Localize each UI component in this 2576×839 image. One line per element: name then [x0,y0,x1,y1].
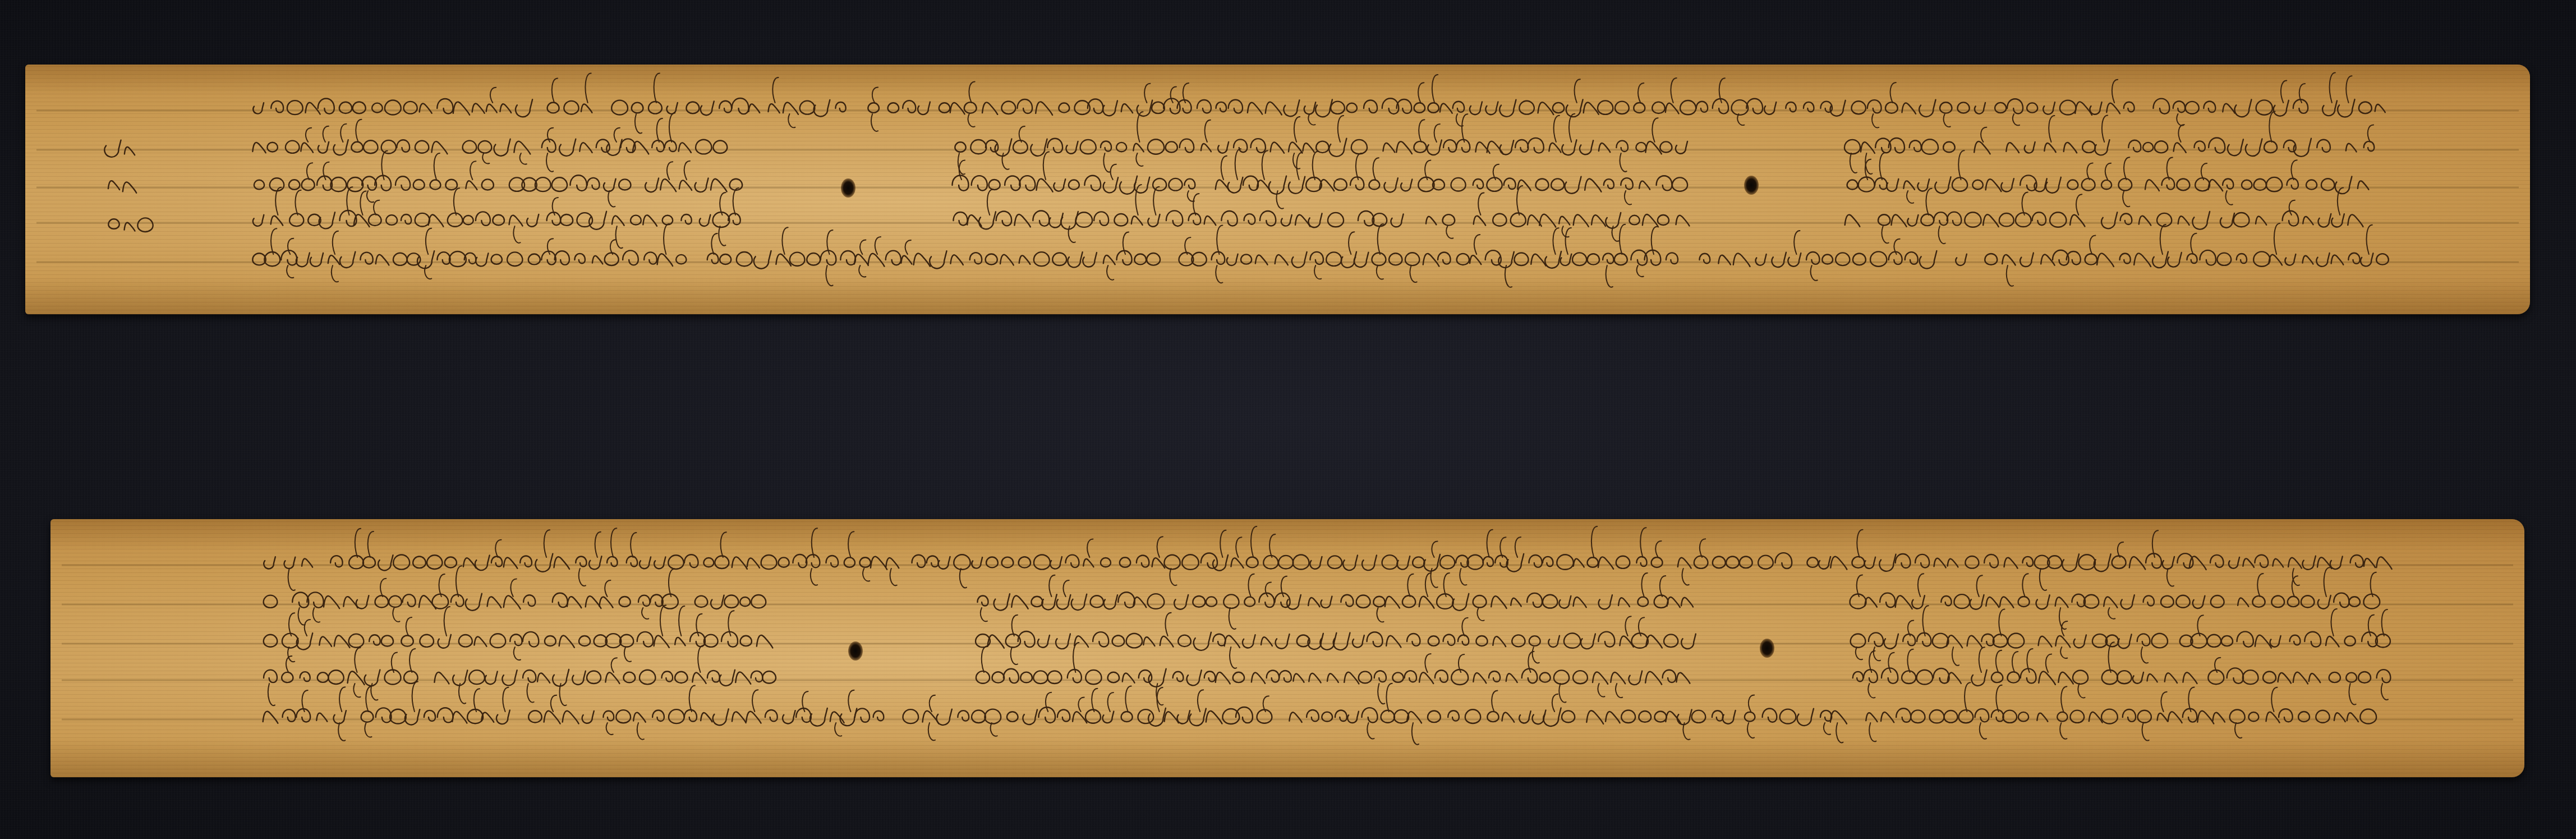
script-text-layer [25,65,2530,314]
script-text-segment [264,606,773,662]
script-text-segment [976,613,1696,668]
script-text-segment [955,112,1687,174]
script-text-segment [264,566,766,625]
script-text-segment [1847,150,2369,207]
string-hole [841,178,855,198]
palm-leaf-folio-lower: Lower folio [50,519,2524,777]
script-text-segment [1850,567,2380,629]
string-hole [848,641,863,661]
script-text-segment [264,526,2391,590]
script-text-segment [1851,606,2390,666]
script-text-segment [1845,187,2363,244]
script-text-segment [264,645,776,705]
palm-leaf-folio-upper: Upper folio [25,65,2530,314]
script-text-segment [1853,642,2391,704]
script-text-segment [953,185,1689,242]
script-text-segment [252,223,2389,287]
script-text-layer [50,519,2524,777]
margin-foliation-glyph [108,218,153,232]
string-hole [1744,176,1759,195]
script-text-segment [252,113,727,172]
string-hole [1760,639,1774,658]
script-text-segment [977,573,1693,629]
margin-foliation-glyph [104,140,135,157]
script-text-segment [253,187,740,248]
script-text-segment [1844,112,2374,174]
script-text-segment [253,72,2385,133]
script-text-segment [976,643,1690,705]
script-text-segment [952,149,1687,209]
script-text-segment [263,681,2377,744]
script-text-segment [254,151,742,207]
